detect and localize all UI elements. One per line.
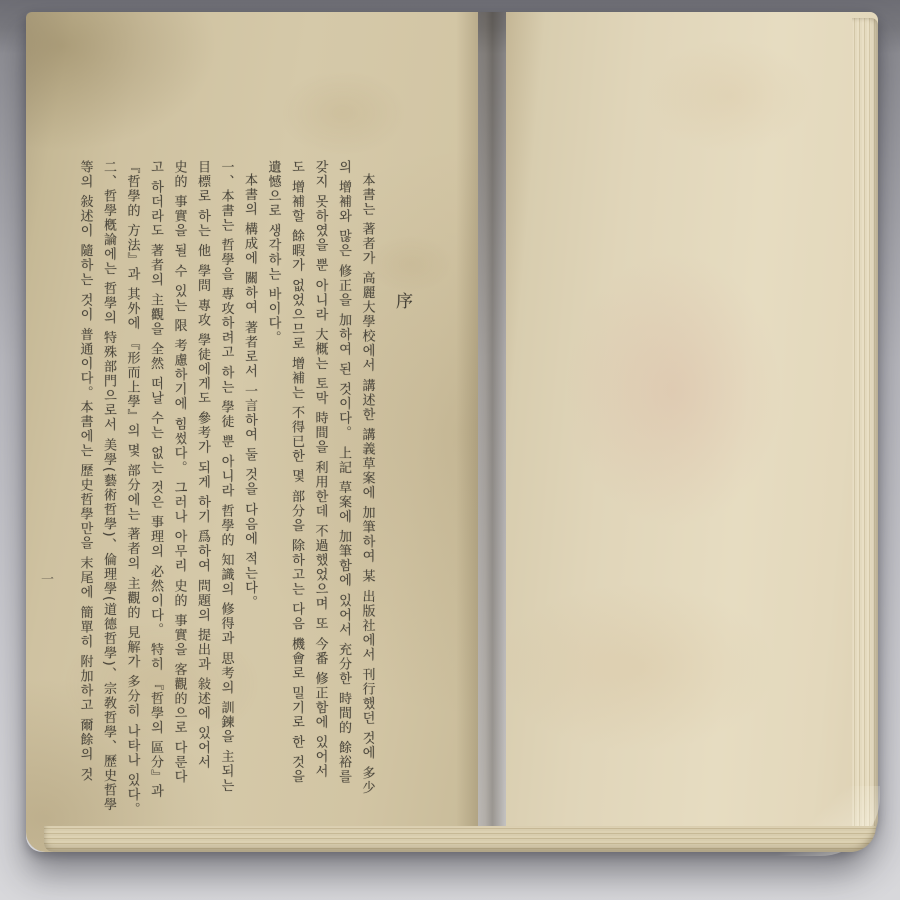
text-column: 도 增補할 餘暇가 없었으므로 增補는 不得已한 몇 部分을 除하고는 다음 機… bbox=[287, 160, 307, 760]
text-column: 等의 敍述이 隨하는 것이 普通이다。本書에는 歷史哲學만을 末尾에 簡單히 附… bbox=[75, 160, 95, 760]
text-column: 目標로 하는 他 學問 專攻 學徒에게도 參考가 되게 하기 爲하여 問題의 提… bbox=[193, 160, 213, 760]
page-title: 序 bbox=[389, 160, 415, 760]
text-column: 『哲學的 方法』과 其外에 『形而上學』의 몇 部分에는 著者의 主觀的 見解가… bbox=[122, 160, 142, 760]
book: 序 本書는 著者가 高麗大學校에서 講述한 講義草案에 加筆하여 某 出版社에서… bbox=[26, 12, 878, 852]
text-column: 의 增補와 많은 修正을 加하여 된 것이다。 上記 草案에 加筆함에 있어서 … bbox=[334, 160, 354, 760]
left-page: 序 本書는 著者가 高麗大學校에서 講述한 講義草案에 加筆하여 某 出版社에서… bbox=[26, 12, 478, 852]
text-column: 一、本書는 哲學을 專攻하려고 하는 學徒 뿐 아니라 哲學的 知識의 修得과 … bbox=[216, 160, 236, 760]
bottom-edge-page-stack bbox=[44, 826, 876, 852]
photo-background: 序 本書는 著者가 高麗大學校에서 講述한 講義草案에 加筆하여 某 出版社에서… bbox=[0, 0, 900, 900]
text-column: 二、哲學槪論에는 哲學의 特殊部門으로서 美學(藝術哲學)、倫理學(道德哲學)、… bbox=[99, 160, 119, 760]
text-column: 史的 事實을 될 수 있는 限 考慮하기에 힘썼다。 그러나 아무리 史的 事實… bbox=[169, 160, 189, 760]
page-number: 一 bbox=[36, 572, 55, 585]
text-column: 갖지 못하였을 뿐 아니라 大概는 토막 時間을 利用한데 不過했었으며 또 今… bbox=[310, 160, 330, 760]
text-column: 遺憾으로 생각하는 바이다。 bbox=[263, 160, 283, 760]
right-page bbox=[506, 12, 878, 852]
text-column: 고 하더라도 著者의 主觀을 全然 떠날 수는 없는 것은 事理의 必然이다。 … bbox=[146, 160, 166, 760]
text-column: 本書는 著者가 高麗大學校에서 講述한 講義草案에 加筆하여 某 出版社에서 刊… bbox=[357, 160, 377, 760]
text-column: 本書의 構成에 關하여 著者로서 一言하여 둘 것을 다음에 적는다。 bbox=[240, 160, 260, 760]
text-block: 序 本書는 著者가 高麗大學校에서 講述한 講義草案에 加筆하여 某 出版社에서… bbox=[71, 160, 414, 760]
fore-edge-page-stack bbox=[852, 18, 878, 844]
